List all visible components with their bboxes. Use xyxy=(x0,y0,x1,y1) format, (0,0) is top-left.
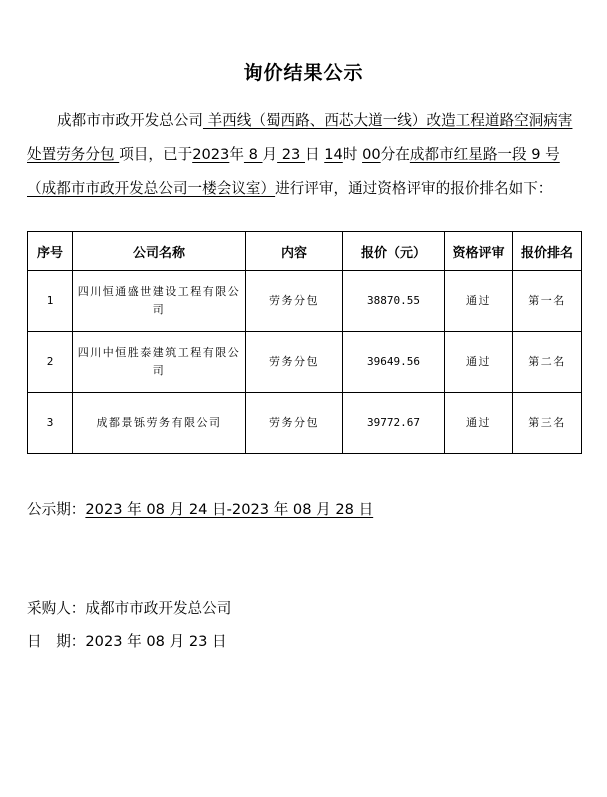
header-rank: 报价排名 xyxy=(513,232,582,271)
publicity-label: 公示期： xyxy=(27,501,85,518)
purchaser-name: 成都市市政开发总公司 xyxy=(57,112,203,129)
row-review: 通过 xyxy=(445,271,513,332)
review-day: 23 xyxy=(277,146,305,163)
buyer-label: 采购人： xyxy=(27,600,85,617)
row-company: 成都景铄劳务有限公司 xyxy=(73,393,246,454)
header-review: 资格评审 xyxy=(445,232,513,271)
review-minute: 00 xyxy=(362,146,381,163)
row-review: 通过 xyxy=(445,332,513,393)
row-price: 39772.67 xyxy=(343,393,445,454)
header-content: 内容 xyxy=(246,232,343,271)
date-value: 2023 年 08 月 23 日 xyxy=(85,633,226,650)
publicity-value: 2023 年 08 月 24 日-2023 年 08 月 28 日 xyxy=(85,501,373,518)
buyer-value: 成都市市政开发总公司 xyxy=(85,600,231,617)
row-rank: 第三名 xyxy=(513,393,582,454)
header-price: 报价（元） xyxy=(343,232,445,271)
day-label: 日 xyxy=(305,146,320,163)
row-rank: 第一名 xyxy=(513,271,582,332)
hour-label: 时 xyxy=(343,146,358,163)
row-price: 38870.55 xyxy=(343,271,445,332)
table-row: 3 成都景铄劳务有限公司 劳务分包 39772.67 通过 第三名 xyxy=(28,393,582,454)
minute-label: 分在 xyxy=(381,146,410,163)
date-line: 日 期：2023 年 08 月 23 日 xyxy=(27,630,227,651)
row-content: 劳务分包 xyxy=(246,271,343,332)
intro-closing: 进行评审，通过资格评审的报价排名如下： xyxy=(275,180,552,197)
row-index: 1 xyxy=(28,271,73,332)
year-label: 年 xyxy=(229,146,244,163)
results-table: 序号 公司名称 内容 报价（元） 资格评审 报价排名 1 四川恒通盛世建设工程有… xyxy=(27,231,582,454)
page-title: 询价结果公示 xyxy=(0,58,607,85)
row-review: 通过 xyxy=(445,393,513,454)
header-index: 序号 xyxy=(28,232,73,271)
date-label: 日 期： xyxy=(27,633,85,650)
header-company: 公司名称 xyxy=(73,232,246,271)
review-month: 8 xyxy=(244,146,263,163)
row-company: 四川恒通盛世建设工程有限公司 xyxy=(73,271,246,332)
publicity-period: 公示期：2023 年 08 月 24 日-2023 年 08 月 28 日 xyxy=(27,498,373,519)
row-rank: 第二名 xyxy=(513,332,582,393)
table-header-row: 序号 公司名称 内容 报价（元） 资格评审 报价排名 xyxy=(28,232,582,271)
project-suffix: 项目，已于 xyxy=(119,146,192,163)
row-index: 2 xyxy=(28,332,73,393)
row-price: 39649.56 xyxy=(343,332,445,393)
review-hour: 14 xyxy=(324,146,343,163)
table-row: 2 四川中恒胜泰建筑工程有限公司 劳务分包 39649.56 通过 第二名 xyxy=(28,332,582,393)
row-company: 四川中恒胜泰建筑工程有限公司 xyxy=(73,332,246,393)
row-content: 劳务分包 xyxy=(246,393,343,454)
month-label: 月 xyxy=(263,146,278,163)
buyer-line: 采购人：成都市市政开发总公司 xyxy=(27,597,231,618)
intro-paragraph: 成都市市政开发总公司 羊西线（蜀西路、西芯大道一线）改造工程道路空洞病害处置劳务… xyxy=(27,104,583,206)
row-content: 劳务分包 xyxy=(246,332,343,393)
table-row: 1 四川恒通盛世建设工程有限公司 劳务分包 38870.55 通过 第一名 xyxy=(28,271,582,332)
review-year: 2023 xyxy=(192,146,229,163)
row-index: 3 xyxy=(28,393,73,454)
